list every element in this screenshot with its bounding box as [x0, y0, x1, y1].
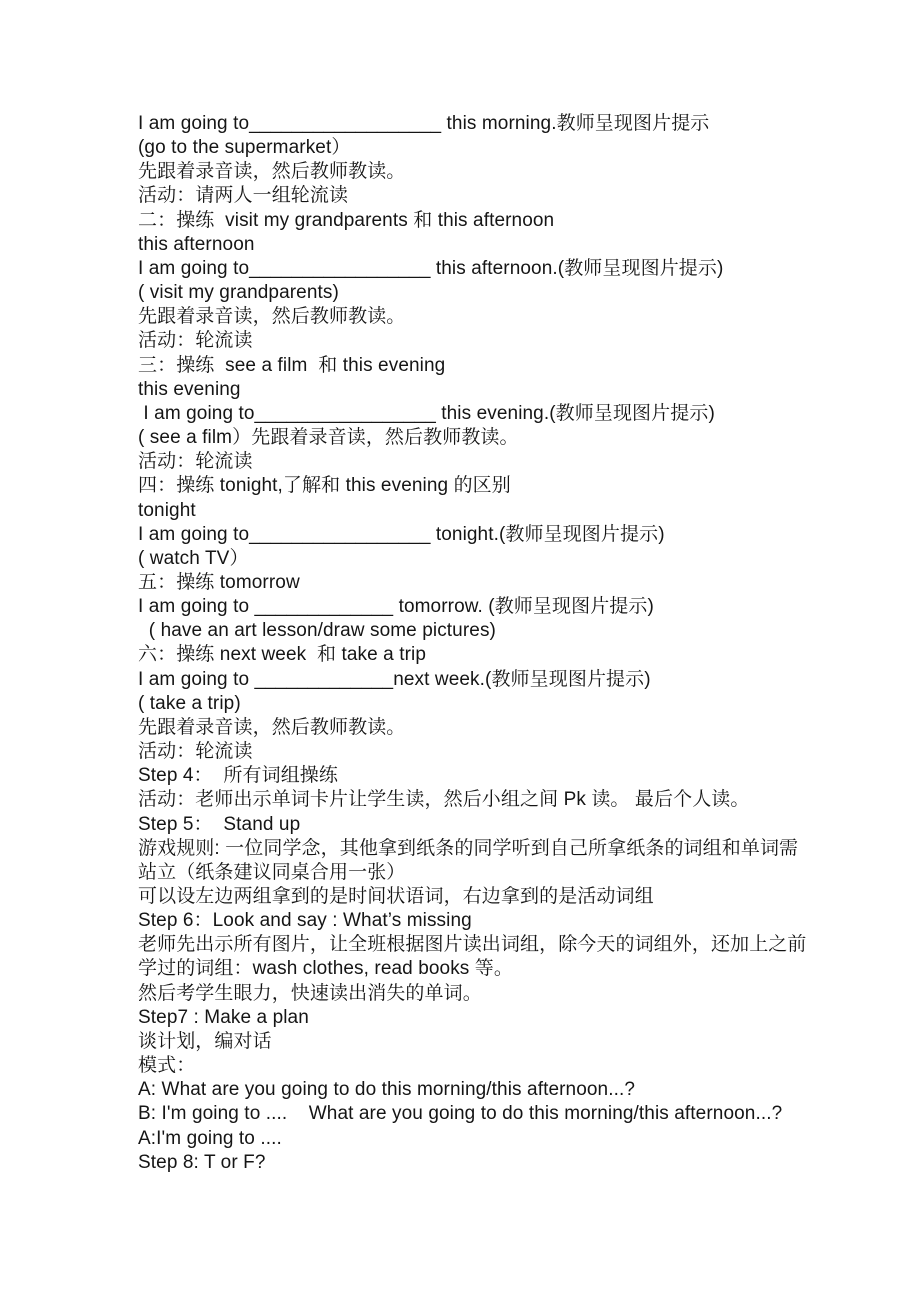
- document-line: this evening: [138, 378, 840, 402]
- document-line: A:I'm going to ....: [138, 1127, 840, 1151]
- document-line: ( take a trip): [138, 692, 840, 716]
- document-line: I am going to _____________next week.(教师…: [138, 668, 840, 692]
- document-line: 六：操练 next week 和 take a trip: [138, 643, 840, 667]
- document-line: 活动：老师出示单词卡片让学生读，然后小组之间 Pk 读。 最后个人读。: [138, 788, 840, 812]
- document-line: 三：操练 see a film 和 this evening: [138, 354, 840, 378]
- document-line: 二：操练 visit my grandparents 和 this aftern…: [138, 209, 840, 233]
- document-line: (go to the supermarket）: [138, 136, 840, 160]
- document-page: I am going to__________________ this mor…: [0, 0, 920, 1302]
- document-line: 先跟着录音读，然后教师教读。: [138, 160, 840, 184]
- document-line: B: I'm going to .... What are you going …: [138, 1102, 840, 1126]
- document-line: ( watch TV）: [138, 547, 840, 571]
- document-line: 活动：请两人一组轮流读: [138, 184, 840, 208]
- document-line: A: What are you going to do this morning…: [138, 1078, 840, 1102]
- document-line: 游戏规则: 一位同学念，其他拿到纸条的同学听到自己所拿纸条的词组和单词需: [138, 837, 840, 861]
- document-line: 五：操练 tomorrow: [138, 571, 840, 595]
- document-line: I am going to _____________ tomorrow. (教…: [138, 595, 840, 619]
- document-body: I am going to__________________ this mor…: [138, 112, 840, 1175]
- document-line: 老师先出示所有图片，让全班根据图片读出词组，除今天的词组外，还加上之前: [138, 933, 840, 957]
- document-line: Step7 : Make a plan: [138, 1006, 840, 1030]
- document-line: I am going to_________________ this afte…: [138, 257, 840, 281]
- document-line: I am going to_________________ this even…: [138, 402, 840, 426]
- document-line: 活动：轮流读: [138, 740, 840, 764]
- document-line: Step 8: T or F?: [138, 1151, 840, 1175]
- document-line: ( have an art lesson/draw some pictures): [138, 619, 840, 643]
- document-line: 学过的词组：wash clothes, read books 等。: [138, 957, 840, 981]
- document-line: Step 4： 所有词组操练: [138, 764, 840, 788]
- document-line: 四：操练 tonight,了解和 this evening 的区别: [138, 474, 840, 498]
- document-line: I am going to__________________ this mor…: [138, 112, 840, 136]
- document-line: ( see a film）先跟着录音读，然后教师教读。: [138, 426, 840, 450]
- document-line: 活动：轮流读: [138, 450, 840, 474]
- document-line: 活动：轮流读: [138, 329, 840, 353]
- document-line: 可以设左边两组拿到的是时间状语词，右边拿到的是活动词组: [138, 885, 840, 909]
- document-line: ( visit my grandparents): [138, 281, 840, 305]
- document-line: 先跟着录音读，然后教师教读。: [138, 716, 840, 740]
- document-line: 谈计划，编对话: [138, 1030, 840, 1054]
- document-line: 先跟着录音读，然后教师教读。: [138, 305, 840, 329]
- document-line: Step 6：Look and say : What’s missing: [138, 909, 840, 933]
- document-line: 模式：: [138, 1054, 840, 1078]
- document-line: 然后考学生眼力，快速读出消失的单词。: [138, 982, 840, 1006]
- document-line: this afternoon: [138, 233, 840, 257]
- document-line: Step 5： Stand up: [138, 813, 840, 837]
- document-line: I am going to_________________ tonight.(…: [138, 523, 840, 547]
- document-line: 站立（纸条建议同桌合用一张）: [138, 861, 840, 885]
- document-line: tonight: [138, 499, 840, 523]
